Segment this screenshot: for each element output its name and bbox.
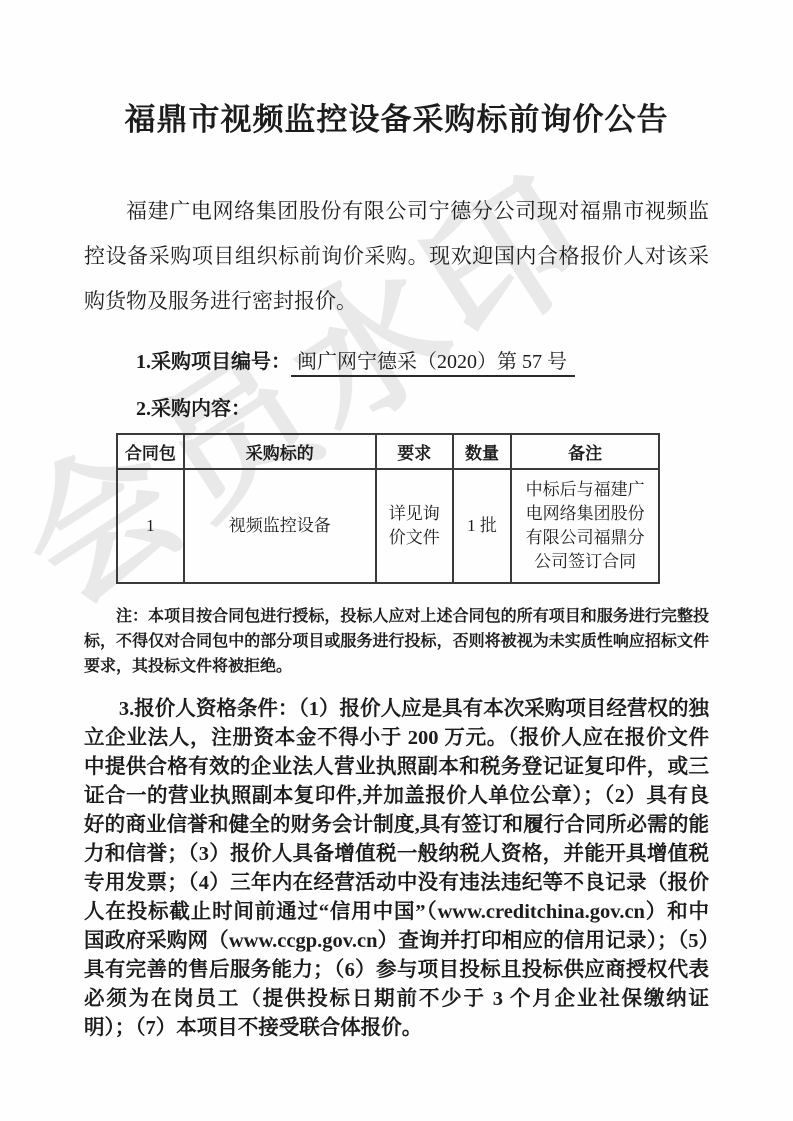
col-header-contract-package: 合同包: [117, 434, 184, 469]
col-header-quantity: 数量: [453, 434, 512, 469]
purchase-content-label: 2.采购内容：: [136, 398, 251, 420]
table-header-row: 合同包 采购标的 要求 数量 备注: [117, 434, 659, 469]
cell-quantity: 1 批: [453, 469, 512, 583]
cell-subject: 视频监控设备: [184, 469, 376, 583]
note-paragraph: 注：本项目按合同包进行授标，投标人应对上述合同包的所有项目和服务进行完整投标，不…: [84, 604, 709, 679]
project-number-label: 1.采购项目编号：: [136, 351, 291, 373]
cell-remarks: 中标后与福建广电网络集团股份有限公司福鼎分公司签订合同: [511, 469, 659, 583]
project-number-value: 闽广网宁德采（2020）第 57 号: [291, 351, 575, 377]
document-page: 会员水印 福鼎市视频监控设备采购标前询价公告 福建广电网络集团股份有限公司宁德分…: [0, 0, 793, 1121]
item-purchase-content: 2.采购内容：: [84, 392, 709, 421]
qualifications-paragraph: 3.报价人资格条件：（1）报价人应是具有本次采购项目经营权的独立企业法人，注册资…: [84, 695, 709, 1043]
col-header-requirement: 要求: [376, 434, 453, 469]
cell-contract-package: 1: [117, 469, 184, 583]
col-header-remarks: 备注: [511, 434, 659, 469]
cell-requirement: 详见询价文件: [376, 469, 453, 583]
item-project-number: 1.采购项目编号：闽广网宁德采（2020）第 57 号: [84, 345, 709, 374]
purchase-table: 合同包 采购标的 要求 数量 备注 1 视频监控设备 详见询价文件 1 批 中标…: [116, 433, 660, 584]
page-title: 福鼎市视频监控设备采购标前询价公告: [84, 0, 709, 139]
table-row: 1 视频监控设备 详见询价文件 1 批 中标后与福建广电网络集团股份有限公司福鼎…: [117, 469, 659, 583]
col-header-subject: 采购标的: [184, 434, 376, 469]
document-content: 福鼎市视频监控设备采购标前询价公告 福建广电网络集团股份有限公司宁德分公司现对福…: [0, 0, 793, 1043]
intro-paragraph: 福建广电网络集团股份有限公司宁德分公司现对福鼎市视频监控设备采购项目组织标前询价…: [84, 189, 709, 324]
